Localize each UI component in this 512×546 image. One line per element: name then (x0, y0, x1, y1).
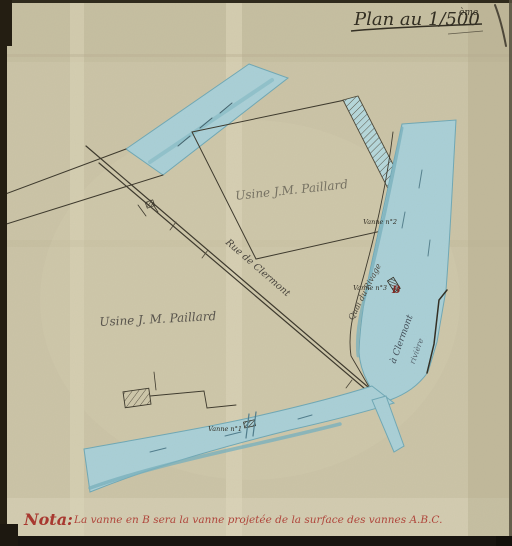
edge-bottom (0, 536, 512, 546)
edge-left (0, 0, 7, 546)
paper-grain (0, 0, 512, 546)
corner-top-left (0, 0, 12, 46)
edge-top (0, 0, 512, 3)
corner-bottom-left (0, 524, 18, 546)
scanned-plan: Plan au 1/500 ème Usine J.M. Paillard Us… (0, 0, 512, 546)
plan-drawing: Plan au 1/500 ème Usine J.M. Paillard Us… (0, 0, 512, 546)
corner-bottom-right (496, 536, 512, 546)
